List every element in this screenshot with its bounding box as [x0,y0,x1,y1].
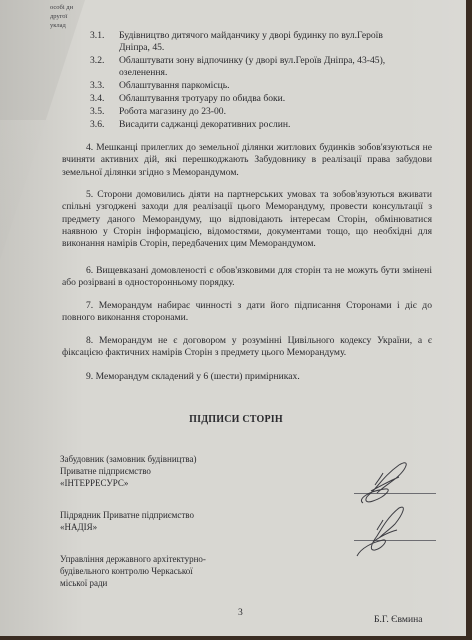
party-authority: Управління державного архітектурно- буді… [60,553,206,589]
paragraph-6: 6. Вищевказані домовленості є обов'язков… [62,265,432,290]
item-number: 3.3. [90,80,118,92]
paragraph-9: 9. Меморандум складений у 6 (шести) прим… [62,371,432,383]
item-line: Облаштувати зону відпочинку (у дворі вул… [119,55,385,66]
party-line: «НАДІЯ» [60,521,194,533]
paragraph-text: 5. Сторони домовились діяти на партнерсь… [62,189,432,249]
paragraph-4: 4. Мешканці прилеглих до земельної ділян… [62,142,432,179]
document-content: 3.1. Будівництво дитячого майданчику у д… [0,0,466,636]
paragraph-8: 8. Меморандум не є договором у розумінні… [62,335,432,360]
paragraph-text: 4. Мешканці прилеглих до земельної ділян… [62,142,432,178]
signature-icon [353,502,413,562]
item-number: 3.6. [90,119,118,131]
signer-name: Б.Г. Євмина [374,614,422,626]
signatures-heading: ПІДПИСИ СТОРІН [0,414,466,426]
party-line: Управління державного архітектурно- [60,553,206,565]
party-line: Підрядник Приватне підприємство [60,509,194,521]
paragraph-text: 9. Меморандум складений у 6 (шести) прим… [86,371,300,382]
item-text: Будівництво дитячого майданчику у дворі … [119,30,429,55]
item-text: Облаштування паркомісць. [119,80,429,92]
item-line: Дніпра, 45. [119,42,164,53]
item-line: озеленення. [119,67,167,78]
item-number: 3.5. [90,106,118,118]
paragraph-text: 6. Вищевказані домовленості є обов'язков… [62,265,432,288]
item-text: Висадити саджанці декоративних рослин. [119,119,429,131]
item-text: Облаштування тротуару по обидва боки. [119,93,429,105]
document-page: особі дн другої уклад 3.1. Будівництво д… [0,0,466,636]
party-contractor: Підрядник Приватне підприємство «НАДІЯ» [60,509,194,533]
item-text: Робота магазину до 23-00. [119,106,429,118]
party-line: міської ради [60,577,206,589]
paragraph-text: 8. Меморандум не є договором у розумінні… [62,335,432,358]
party-line: Забудовник (замовник будівництва) [60,453,197,465]
item-number: 3.1. [90,30,118,42]
party-line: «ІНТЕРРЕСУРС» [60,477,197,489]
item-number: 3.4. [90,93,118,105]
paragraph-5: 5. Сторони домовились діяти на партнерсь… [62,189,432,250]
party-line: будівельного контролю Черкаської [60,565,206,577]
party-line: Приватне підприємство [60,465,197,477]
paragraph-7: 7. Меморандум набирає чинності з дати йо… [62,300,432,325]
item-line: Будівництво дитячого майданчику у дворі … [119,30,383,41]
item-number: 3.2. [90,55,118,67]
item-text: Облаштувати зону відпочинку (у дворі вул… [119,55,429,80]
paragraph-text: 7. Меморандум набирає чинності з дати йо… [62,300,432,323]
page-number: 3 [238,607,243,619]
party-developer: Забудовник (замовник будівництва) Приват… [60,453,197,489]
